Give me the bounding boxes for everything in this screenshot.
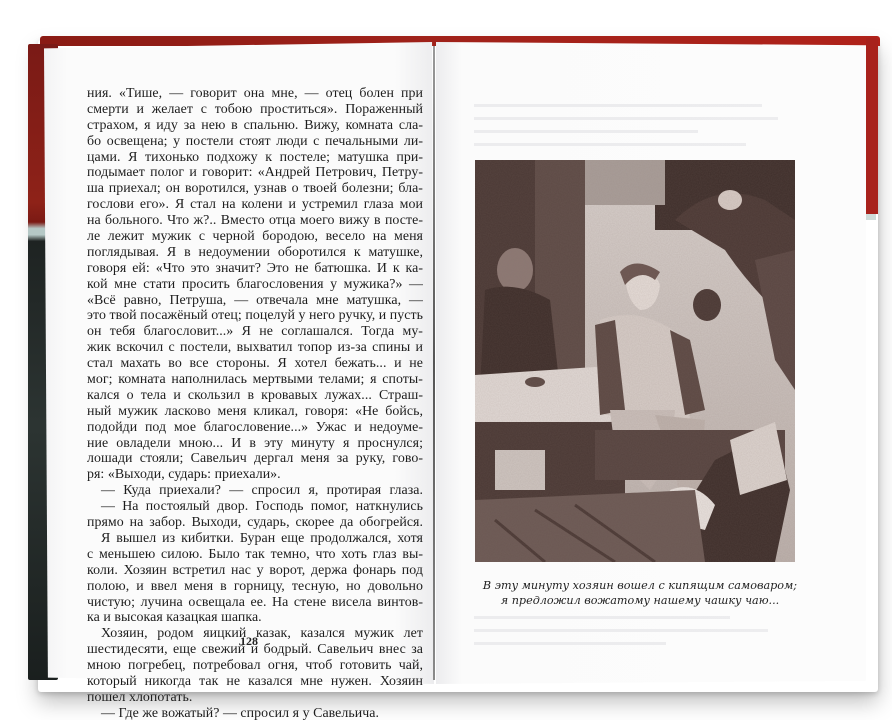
page-number: 128 <box>240 634 258 649</box>
text-line: который никогда так не казался мне нужен… <box>87 674 423 690</box>
illustration-drawing <box>475 160 795 562</box>
text-line: Я вышел из кибитки. Буран еще продолжалс… <box>87 531 423 547</box>
text-line: ный мужик ласково меня кликал, говоря: «… <box>87 404 423 420</box>
illustration <box>475 160 795 562</box>
book-cover-right-edge <box>866 38 878 214</box>
text-line: на больного. Что ж?.. Вместо отца моего … <box>87 213 423 229</box>
text-line: ния. «Тише, — говорит она мне, — отец бо… <box>87 86 423 102</box>
text-line: чистую; лучина освещала ее. На стене вис… <box>87 595 423 611</box>
text-line: смерти и желает с тобою проститься». Пор… <box>87 102 423 118</box>
text-line: поглядывая. Я в недоумении оборотился к … <box>87 245 423 261</box>
text-line: «Всё равно, Петруша, — отвечала мне мату… <box>87 293 423 309</box>
text-line: — Куда приехали? — спросил я, протирая г… <box>87 483 423 499</box>
book-cover-right-edge-band <box>866 214 876 220</box>
caption-line-2: я предложил вожатому нашему чашку чаю... <box>470 593 810 608</box>
text-line: ние овладели мною... И в эту минуту я пр… <box>87 436 423 452</box>
text-line: гослови его». Я стал на колени и устреми… <box>87 197 423 213</box>
text-line: пошел хлопотать. <box>87 690 423 706</box>
text-line: ря: «Выходи, сударь: приехали». <box>87 467 423 483</box>
text-line: ша приехал; он воротился, узнав о твоей … <box>87 181 423 197</box>
text-line: жик вскочил с постели, выхватил топор из… <box>87 340 423 356</box>
text-line: бо освещена; у постели стоят люди с печа… <box>87 134 423 150</box>
text-line: полою, и ввел меня в горницу, тесную, но… <box>87 579 423 595</box>
text-line: ле лежит мужик с черной бородою, весело … <box>87 229 423 245</box>
text-line: кой мне стати просить благословения у му… <box>87 277 423 293</box>
illustration-caption: В эту минуту хозяин вошел с кипящим само… <box>470 578 810 608</box>
text-line: подойди под мое благословение...» Ужас и… <box>87 420 423 436</box>
text-line: страхом, я иду за нею в спальню. Вижу, к… <box>87 118 423 134</box>
text-line: — На постоялый двор. Господь помог, натк… <box>87 499 423 515</box>
text-line: мною погребец, потребовал огня, чтоб гот… <box>87 658 423 674</box>
text-line: лошади стояли; Савельич дергал меня за р… <box>87 451 423 467</box>
text-line: говоря ей: «Что это значит? Это не батюш… <box>87 261 423 277</box>
show-through-text-top <box>474 104 794 156</box>
text-line: это твой посажёный отец; поцелуй у него … <box>87 308 423 324</box>
text-line: цами. Я тихонько подхожу к постеле; мату… <box>87 150 423 166</box>
text-line: он тебя благословит...» Я не соглашался.… <box>87 324 423 340</box>
text-line: стал махать во все стороны. Я хотел бежа… <box>87 356 423 372</box>
text-line: с меньшею силою. Было так темно, что хот… <box>87 547 423 563</box>
book-gutter <box>433 46 435 680</box>
text-line: кался о тела и скользил в кровавых лужах… <box>87 388 423 404</box>
text-line: подымает полог и говорит: «Андрей Петров… <box>87 165 423 181</box>
show-through-text-bottom <box>474 616 794 655</box>
caption-line-1: В эту минуту хозяин вошел с кипящим само… <box>470 578 810 593</box>
text-line: ка и высокая казацкая шапка. <box>87 610 423 626</box>
text-line: прямо на забор. Выходи, сударь, скорее д… <box>87 515 423 531</box>
left-page-text: ния. «Тише, — говорит она мне, — отец бо… <box>87 86 423 720</box>
text-line: — Где же вожатый? — спросил я у Савельич… <box>87 706 423 720</box>
text-line: мог; комната наполнилась мертвыми телами… <box>87 372 423 388</box>
text-line: коли. Хозяин встретил нас у ворот, держа… <box>87 563 423 579</box>
